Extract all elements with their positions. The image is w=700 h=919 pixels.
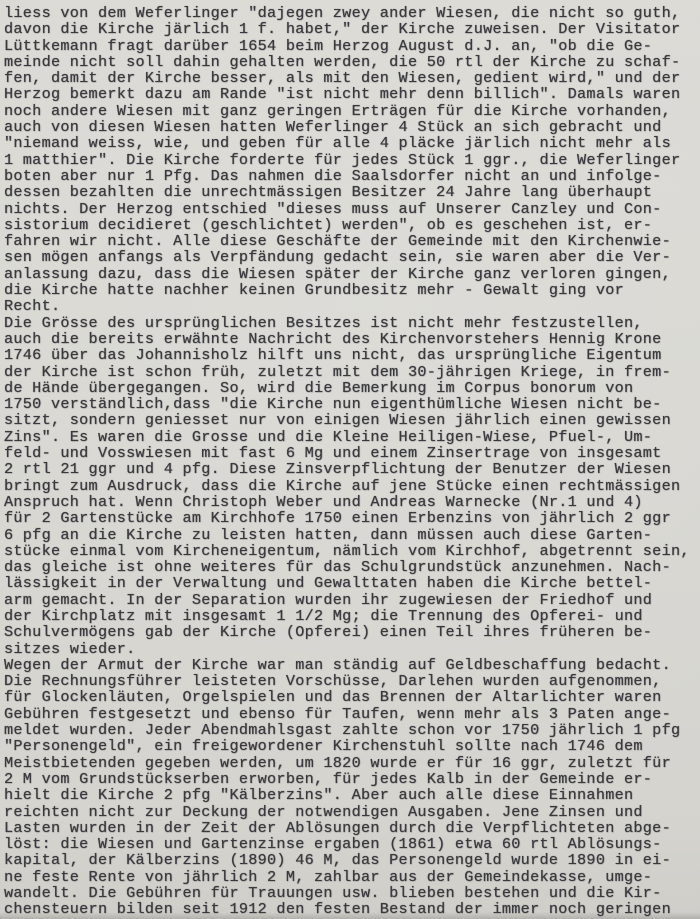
document-page: liess von dem Weferlinger "dajegen zwey … bbox=[0, 0, 700, 919]
typewritten-text: liess von dem Weferlinger "dajegen zwey … bbox=[0, 0, 700, 918]
